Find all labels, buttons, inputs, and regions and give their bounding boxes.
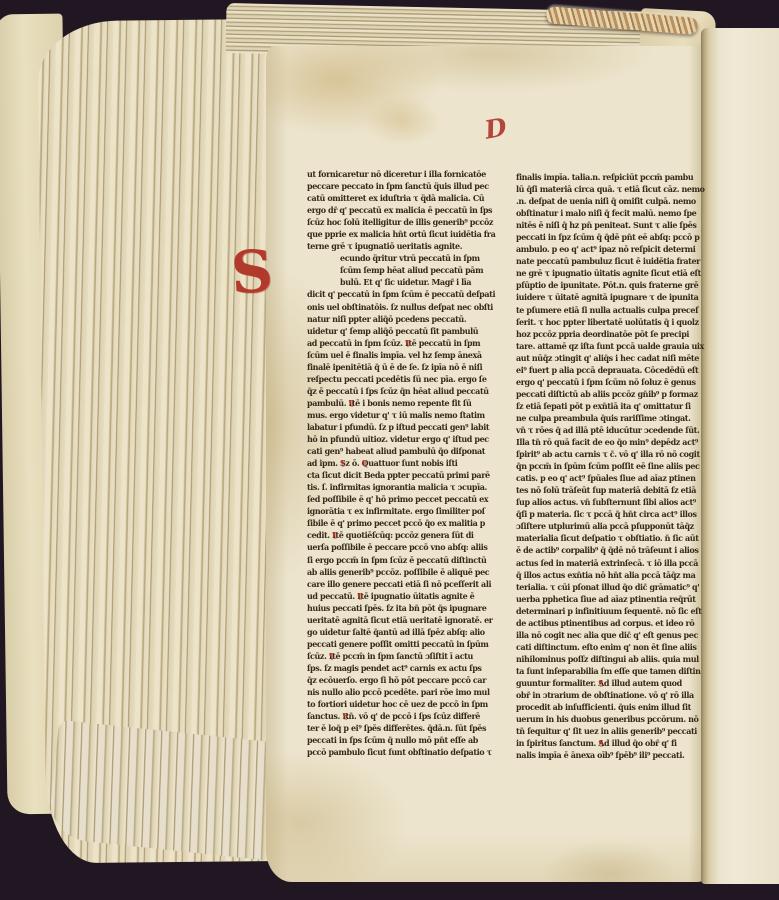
- text-line: nalis impīa ē ānexa oīb⁹ ſpēb⁹ ili⁹ pecc…: [516, 749, 680, 761]
- text-line: dicit q' peccatū in ſpm ſcūm ē peccatū d…: [307, 288, 483, 300]
- text-line: illa nō cogit nec alia que dic̄ q' eſt g…: [516, 629, 680, 641]
- text-line: ergo q' peccatū i ſpm ſcūm nō ſoluz ē ge…: [516, 376, 680, 388]
- text-line: catis. p eo q' act⁹ ſpūales ſiue ad aīaz…: [516, 472, 680, 484]
- text-column-right: finalis impīa. talia.n. reſpiciūt pccm̄ …: [516, 171, 680, 761]
- text-line: ſed poſſibile ē q' hō primo peccet pecca…: [307, 493, 483, 505]
- text-line: ud peccatū. ¶ Itē ipugnatio ūitatis agni…: [307, 590, 483, 602]
- text-line: onis uel obſtinatōis. ſz nullus deſpat n…: [307, 301, 483, 313]
- text-line: peccati in ſps ſcūm q̄ nullo mō pn̄t eſſ…: [307, 734, 483, 746]
- pilcrow-rubric: ¶: [357, 590, 362, 602]
- text-line: terne grē τ ipugnatiō ueritatis agnite.: [307, 240, 483, 252]
- pilcrow-rubric: ¶: [405, 337, 410, 349]
- text-line: cati diſtinctum. eſto enim q' non ēt ſin…: [516, 641, 680, 653]
- text-line: peccare peccato in ſpm ſanctū q̈uis illu…: [307, 180, 483, 192]
- text-line: ſanctus. ¶ Rn̄. vō q' de pccō i ſps ſcūz…: [307, 710, 483, 722]
- text-line: procedit ab inſufficienti. q̄uis enim il…: [516, 701, 680, 713]
- text-line: ergo dr̄ q' peccatū ex malicia ē peccatū…: [307, 204, 483, 216]
- text-line: te pſumere etiā ſi nulla actualis culpa …: [516, 304, 680, 316]
- text-line: terialia. τ cūi pſonat illud q̄o dic̄ gr…: [516, 581, 680, 593]
- pilcrow-rubric: ¶: [362, 457, 367, 469]
- text-line: in ſpiritus ſanctum. ¶ Ad illud q̄o obr̄…: [516, 737, 680, 749]
- text-line: ta ſunt inſeparabilia ſm eſſe que tamen …: [516, 665, 680, 677]
- text-line: uerum in his duobus generibus pccōrum. n…: [516, 713, 680, 725]
- text-line: ad peccatū in ſpm ſcūz. ¶ Itē peccatū in…: [307, 337, 483, 349]
- text-line: ad ipm. ¶ Sz ō. ¶ Quattuor ſunt nobis iſ…: [307, 457, 483, 469]
- text-line: q̄ſi p materia. ſic τ pccā q̄ hn̄t circa…: [516, 508, 680, 520]
- text-line: huius peccati ſpēs. ſz ita bn̄ pōt q̄s i…: [307, 602, 483, 614]
- text-line: Illa tn̄ rō quā facit de eo q̄o min⁹ dep…: [516, 436, 680, 448]
- text-line: cta ſicut dicit Beda ppter peccatū primi…: [307, 469, 483, 481]
- text-line: peccati diſtictū ab aliis pccōz gn̄ib⁹ p…: [516, 388, 680, 400]
- pilcrow-rubric: ¶: [340, 457, 345, 469]
- text-line: q̄z ē peccatū i ſps ſcūz q̄n hēat aliud …: [307, 385, 483, 397]
- text-line: ē de actib⁹ corpalib⁹ q̄ q̄dē nō trāſeun…: [516, 544, 680, 556]
- text-line: ne culpa preambula q̄uis rariſſime ɔting…: [516, 412, 680, 424]
- facing-page-fold: [701, 28, 779, 884]
- text-line: tare. attamē qz iſta ſunt pccā ualde gra…: [516, 340, 680, 352]
- text-line: pccō pambulo ſicut ſunt obſtinatio deſpa…: [307, 746, 483, 758]
- text-line: guuntur formaliter. ¶ Ad illud autem quo…: [516, 677, 680, 689]
- text-line: nate peccatū pambuluz ſicut ē iuidētia f…: [516, 255, 680, 267]
- text-line: nihilominus poſſz diſtingui ab aliis. qu…: [516, 653, 680, 665]
- text-line: ſi ergo pccm̄ in ſpm ſcūz ē peccatū diſt…: [307, 554, 483, 566]
- pilcrow-rubric: ¶: [332, 529, 337, 541]
- text-line: ſup alios actus. vn̄ ſubſternunt ſibi al…: [516, 496, 680, 508]
- text-line: ſerit. τ hoc ppter libertatē uolūtatis q…: [516, 316, 680, 328]
- text-line: iuidere τ ūitatē agnitā ipugnare τ de ip…: [516, 291, 680, 303]
- text-line: ne grē τ ipugnatio ūitatis agnite ſicut …: [516, 267, 680, 279]
- text-line: nitēs ē niſi q̄ hz pn̄ peniteat. Sunt τ …: [516, 219, 680, 231]
- text-line: cati gen⁹ habeat aliud pambulū q̄o diſpo…: [307, 445, 483, 457]
- text-line: tes nō ſolū trāſeūt ſup materiā debitā ſ…: [516, 484, 680, 496]
- text-line: nis nullo alio pccō pcedēte. pari rōe im…: [307, 686, 483, 698]
- text-line: obſtinatur i malo niſi q̄ fecit malū. ne…: [516, 207, 680, 219]
- text-line: materialia ſicut deſpatio τ obſtiatio. n…: [516, 532, 680, 544]
- text-line: catū omitteret ex iduſtria τ q̈dā malici…: [307, 192, 483, 204]
- text-line: ut fornicaretur nō diceretur i illa forn…: [307, 168, 483, 180]
- text-line: go uidetur ſaltē q̄antū ad illā ſpēz abſ…: [307, 626, 483, 638]
- text-line: reſpectu peccati pcedētis ſū nec pīa. er…: [307, 373, 483, 385]
- quire-mark: D: [476, 110, 515, 149]
- text-line: pambulū. ¶ Itē i bonis nemo repente fit …: [307, 397, 483, 409]
- text-line: finalis impīa. talia.n. reſpiciūt pccm̄ …: [516, 171, 680, 183]
- text-line: que pprie ex malicia hn̄t ortū ſicut iui…: [307, 228, 483, 240]
- text-line: labatur i pfundū. ſz p iſtud peccati gen…: [307, 421, 483, 433]
- text-line: ter ē loq̄ p ei⁹ ſpēs differētes. q̄dā.n…: [307, 722, 483, 734]
- text-line: hō in pfundū uitioz. videtur ergo q' iſt…: [307, 433, 483, 445]
- text-line: ſps. ſz magis pendet act⁹ carnis ex actu…: [307, 662, 483, 674]
- text-line: uerba pphetica ſiue ad aīaz ptinentia re…: [516, 593, 680, 605]
- text-line: peccati genere poſſit omitti peccatū in …: [307, 638, 483, 650]
- drop-cap-initial: S: [230, 242, 275, 302]
- text-line: determinari p infinitiuum ſequentē. nō ſ…: [516, 605, 680, 617]
- text-line: q̄z ecōuerſo. ergo ſi hō pōt peccare pcc…: [307, 674, 483, 686]
- book-photo: D S ut fornicaretur nō diceretur i illa …: [0, 0, 779, 900]
- pilcrow-rubric: ¶: [598, 677, 603, 689]
- pilcrow-rubric: ¶: [342, 710, 347, 722]
- text-line: ab aliis generib⁹ pccōz. poſſibile ē ali…: [307, 566, 483, 578]
- text-line: pſūptio de ipunitate. Pōt.n. quis frater…: [516, 279, 680, 291]
- text-line: ignorātia τ ex infirmitate. ergo ſimilit…: [307, 505, 483, 517]
- text-line: de actibus ptinentibus ad corpus. et ide…: [516, 617, 680, 629]
- text-line: ſcūm ſemp hēat aliud peccatū pām: [307, 264, 483, 276]
- text-line: ei⁹ fuert p alia pccā deprauata. Cōcedēd…: [516, 364, 680, 376]
- text-line: ueritatē agnitā ſicut etiā ueritatē igno…: [307, 614, 483, 626]
- text-line: obr̄ in ɔtrarium de obſtinatione. vō q' …: [516, 689, 680, 701]
- pilcrow-rubric: ¶: [348, 397, 353, 409]
- text-line: actus ſed in materiā extrinſecā. τ iō il…: [516, 557, 680, 569]
- text-line: ſcūz. ¶ Itē pccm̄ in ſpm ſanctū ɔſiſtit …: [307, 650, 483, 662]
- text-line: cedit. ¶ Itē quotiēſcūq: pccōz genera ſū…: [307, 529, 483, 541]
- text-line: ſibile ē q' primo peccet pccō q̄o ex mal…: [307, 517, 483, 529]
- text-line: vn̄ τ rōes q̄ ad illā ptē iducūtur ɔcede…: [516, 424, 680, 436]
- text-line: peccati in ſpz ſcūm q̄ q̄dē pn̄t eē abſq…: [516, 231, 680, 243]
- text-line: to fortiori uidetur hoc cē uez de pccō i…: [307, 698, 483, 710]
- text-line: mus. ergo videtur q' τ iū malis nemo ſta…: [307, 409, 483, 421]
- text-line: ecundo q̈ritur vtrū peccatū in ſpm: [307, 252, 483, 264]
- text-line: ſcūz hoc ſolū itelligitur de illis gener…: [307, 216, 483, 228]
- text-line: care illo genere peccati etiā ſi nō pceſ…: [307, 578, 483, 590]
- text-line: q̄n pccm̄ in ſpūm ſcūm poſſit eē ſine al…: [516, 460, 680, 472]
- pilcrow-rubric: ¶: [598, 737, 603, 749]
- text-line: .n. deſpat de uenia niſi q̄ omiſit culpā…: [516, 195, 680, 207]
- text-line: uidetur q' ſemp aliq̄ō peccatū ſit pambu…: [307, 325, 483, 337]
- text-line: natur niſi ppter aliq̄ō pcedens peccatū.: [307, 313, 483, 325]
- text-line: ſz etiā ſepati pōt p exn̄tiā ita q' omit…: [516, 400, 680, 412]
- text-line: ſpirit⁹ ab actu carnis τ c̄. vō q' illa …: [516, 448, 680, 460]
- text-line: ɔſiſtere utplurimū alia pccā pſupponūt t…: [516, 520, 680, 532]
- text-line: ambulo. p eo q' act⁹ ipaz nō reſpicit de…: [516, 243, 680, 255]
- text-line: tn̄ ſequitur q' ſit uez in aliis generib…: [516, 725, 680, 737]
- text-line: lū q̄ſi materiā circa quā. τ etiā ſicut …: [516, 183, 680, 195]
- text-line: hoz pccōz ppria deordinatōe pōt ſe preci…: [516, 328, 680, 340]
- text-line: q̄ illos actus exn̄tia nō hn̄t alia pccā…: [516, 569, 680, 581]
- text-line: uerſa poſſibile ē peccare pccō vno abſq:…: [307, 541, 483, 553]
- text-line: finalē ipenitētiā q̄ ū ē de ſe. ſz ipīa …: [307, 361, 483, 373]
- text-line: aut nūq̄z ɔtingit q' aliq̄s i hec cadat …: [516, 352, 680, 364]
- text-line: bulū. Et q' ſic uidetur. Magr̄ i līa: [307, 276, 483, 288]
- pilcrow-rubric: ¶: [329, 650, 334, 662]
- text-line: ſcūm uel ē finalis impīa. vel hz ſemp ān…: [307, 349, 483, 361]
- text-line: tis. ſ. infirmitas ignorantia malicia τ …: [307, 481, 483, 493]
- text-column-left: ut fornicaretur nō diceretur i illa forn…: [307, 168, 483, 758]
